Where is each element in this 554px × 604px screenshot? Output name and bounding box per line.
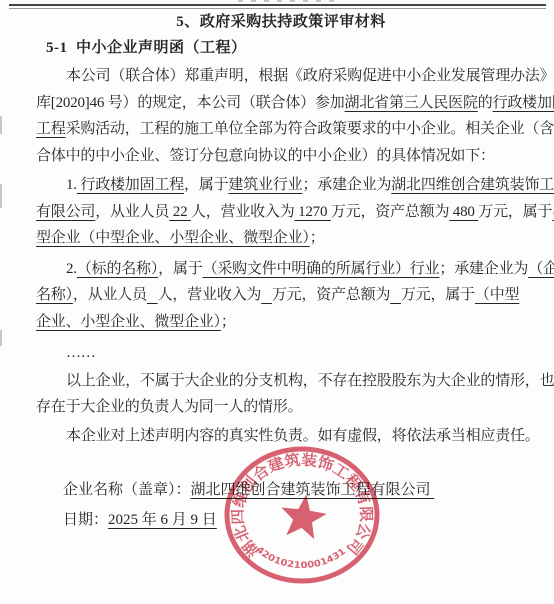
underlined-text xyxy=(147,287,158,303)
page-title: 5、政府采购扶持政策评审材料 xyxy=(36,11,526,33)
text-run: ； xyxy=(310,230,325,246)
document-line: 库[2020]46 号）的规定，本公司（联合体）参加湖北省第三人民医院的行政楼加… xyxy=(36,90,526,117)
underlined-text: 工程 xyxy=(36,121,66,137)
text-run: 存在于大企业的负责人为同一人的情形。 xyxy=(36,399,302,415)
underlined-text: 企业、小型企业、微型企业） xyxy=(36,314,221,330)
underlined-text xyxy=(390,287,401,303)
document-line: 有限公司，从业人员 22 人，营业收入为 1270 万元，资产总额为 480 万… xyxy=(36,199,526,226)
page-container: 5、政府采购扶持政策评审材料 5-1 中小企业声明函（工程） 本公司（联合体）郑… xyxy=(0,0,554,604)
seal-number-text: 42010210001431 xyxy=(254,545,348,571)
text-run: 人，营业收入为 xyxy=(158,287,262,303)
text-run: 万元，属于 xyxy=(478,204,552,220)
company-name-value: 湖北四维创合建筑装饰工程有限公司 xyxy=(191,482,435,498)
underlined-text: 行政楼加固 xyxy=(493,95,554,111)
text-run: 本企业对上述声明内容的真实性负责。如有虚假，将依法承当相应责任。 xyxy=(66,428,540,444)
text-run: ；承建企业为 xyxy=(439,261,528,277)
document-line: 型企业（中型企业、小型企业、微型企业）； xyxy=(36,225,526,252)
document-line: 名称），从业人员 人，营业收入为 万元，资产总额为 万元，属于（中型 xyxy=(36,282,526,309)
document-line: 本公司（联合体）郑重声明，根据《政府采购促进中小企业发展管理办法》（财 xyxy=(36,63,526,90)
text-run: 1. xyxy=(66,177,77,193)
text-run: ，从业人员 xyxy=(95,204,169,220)
section-heading: 5-1 中小企业声明函（工程） xyxy=(36,37,526,59)
document-line: …… xyxy=(36,340,526,367)
document-line: 合体中的中小企业、签订分包意向协议的中小企业）的具体情况如下： xyxy=(36,143,526,170)
document: 5、政府采购扶持政策评审材料 5-1 中小企业声明函（工程） 本公司（联合体）郑… xyxy=(0,0,554,535)
text-run: 以上企业，不属于大企业的分支机构，不存在控股股东为大企业的情形，也不 xyxy=(66,373,554,389)
company-name-label: 企业名称（盖章）： xyxy=(63,482,191,498)
document-line: 1. 行政楼加固工程，属于建筑业行业；承建企业为湖北四维创合建筑装饰工程 xyxy=(36,172,526,199)
text-run: 万元，属于 xyxy=(401,287,475,303)
document-line: 工程采购活动，工程的施工单位全部为符合政策要求的中小企业。相关企业（含联 xyxy=(36,116,526,143)
date-value: 2025 年 6 月 9 日 xyxy=(108,512,217,528)
text-run: …… xyxy=(66,345,96,361)
text-run: 本公司（联合体）郑重声明，根据《政府采购促进中小企业发展管理办法》（财 xyxy=(66,68,554,84)
underlined-text: （中型 xyxy=(475,287,519,303)
date-line: 日期：2025 年 6 月 9 日 xyxy=(63,505,526,535)
text-run: 的 xyxy=(478,95,493,111)
document-line: 2.（标的名称），属于（采购文件中明确的所属行业）行业；承建企业为（企业 xyxy=(36,256,526,283)
text-run: ，属于 xyxy=(158,261,202,277)
underlined-text: 480 xyxy=(449,204,478,220)
underlined-text: （采购文件中明确的所属行业）行业 xyxy=(203,261,440,277)
date-label: 日期： xyxy=(63,512,108,528)
underlined-text: （标的名称） xyxy=(77,261,158,277)
underlined-text: 22 xyxy=(169,204,191,220)
text-run: ； xyxy=(221,314,236,330)
underlined-text: 型企业（中型企业、小型企业、微型企业） xyxy=(36,230,310,246)
document-body: 本公司（联合体）郑重声明，根据《政府采购促进中小企业发展管理办法》（财库[202… xyxy=(36,63,526,449)
underlined-text xyxy=(261,287,272,303)
signature-block: 企业名称（盖章）：湖北四维创合建筑装饰工程有限公司 日期：2025 年 6 月 … xyxy=(36,475,526,535)
text-run: 万元，资产总额为 xyxy=(331,204,449,220)
document-line: 存在于大企业的负责人为同一人的情形。 xyxy=(36,394,526,421)
text-run: ，属于 xyxy=(184,177,228,193)
underlined-text: 湖北四维创合建筑装饰工程 xyxy=(391,177,554,193)
document-line: 企业、小型企业、微型企业）； xyxy=(36,309,526,336)
text-run: 库[2020]46 号）的规定，本公司（联合体）参加 xyxy=(36,95,345,111)
company-name-line: 企业名称（盖章）：湖北四维创合建筑装饰工程有限公司 xyxy=(63,475,526,505)
underlined-text: 名称） xyxy=(36,287,73,303)
text-run: 采购活动，工程的施工单位全部为符合政策要求的中小企业。相关企业（含联 xyxy=(66,121,554,137)
text-run: 合体中的中小企业、签订分包意向协议的中小企业）的具体情况如下： xyxy=(36,148,495,164)
text-run: ；承建企业为 xyxy=(302,177,391,193)
text-run: 人，营业收入为 xyxy=(191,204,295,220)
underlined-text: 1270 xyxy=(295,204,331,220)
text-run: 2. xyxy=(66,261,77,277)
svg-text:42010210001431: 42010210001431 xyxy=(254,545,348,571)
text-run: ，从业人员 xyxy=(73,287,147,303)
underlined-text: 湖北省第三人民医院 xyxy=(345,95,478,111)
underlined-text: 建筑业行业 xyxy=(228,177,302,193)
document-line: 以上企业，不属于大企业的分支机构，不存在控股股东为大企业的情形，也不 xyxy=(36,368,526,395)
underlined-text: 行政楼加固工程 xyxy=(77,177,184,193)
text-run: 万元，资产总额为 xyxy=(272,287,390,303)
underlined-text: 有限公司 xyxy=(36,204,95,220)
underlined-text: （企业 xyxy=(528,261,554,277)
document-line: 本企业对上述声明内容的真实性负责。如有虚假，将依法承当相应责任。 xyxy=(36,423,526,450)
